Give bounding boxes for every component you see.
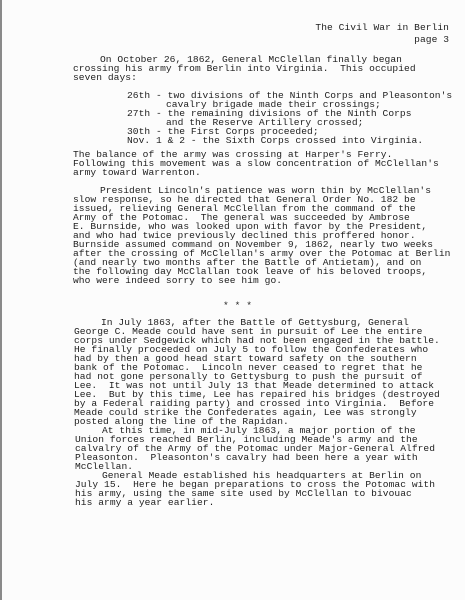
paragraph-line: seven days:	[73, 73, 137, 82]
document-page: The Civil War in Berlin page 3 On Octobe…	[0, 0, 465, 600]
crossing-item: Nov. 1 & 2 - the Sixth Corps crossed int…	[127, 136, 423, 145]
page-number: page 3	[0, 35, 449, 44]
paragraph-line: who were indeed sorry to see him go.	[73, 276, 282, 285]
section-separator: * * *	[223, 301, 252, 310]
paragraph-line: his army a year earlier.	[75, 498, 214, 507]
header-title: The Civil War in Berlin	[0, 23, 449, 32]
paragraph-line: army toward Warrenton.	[73, 168, 201, 177]
